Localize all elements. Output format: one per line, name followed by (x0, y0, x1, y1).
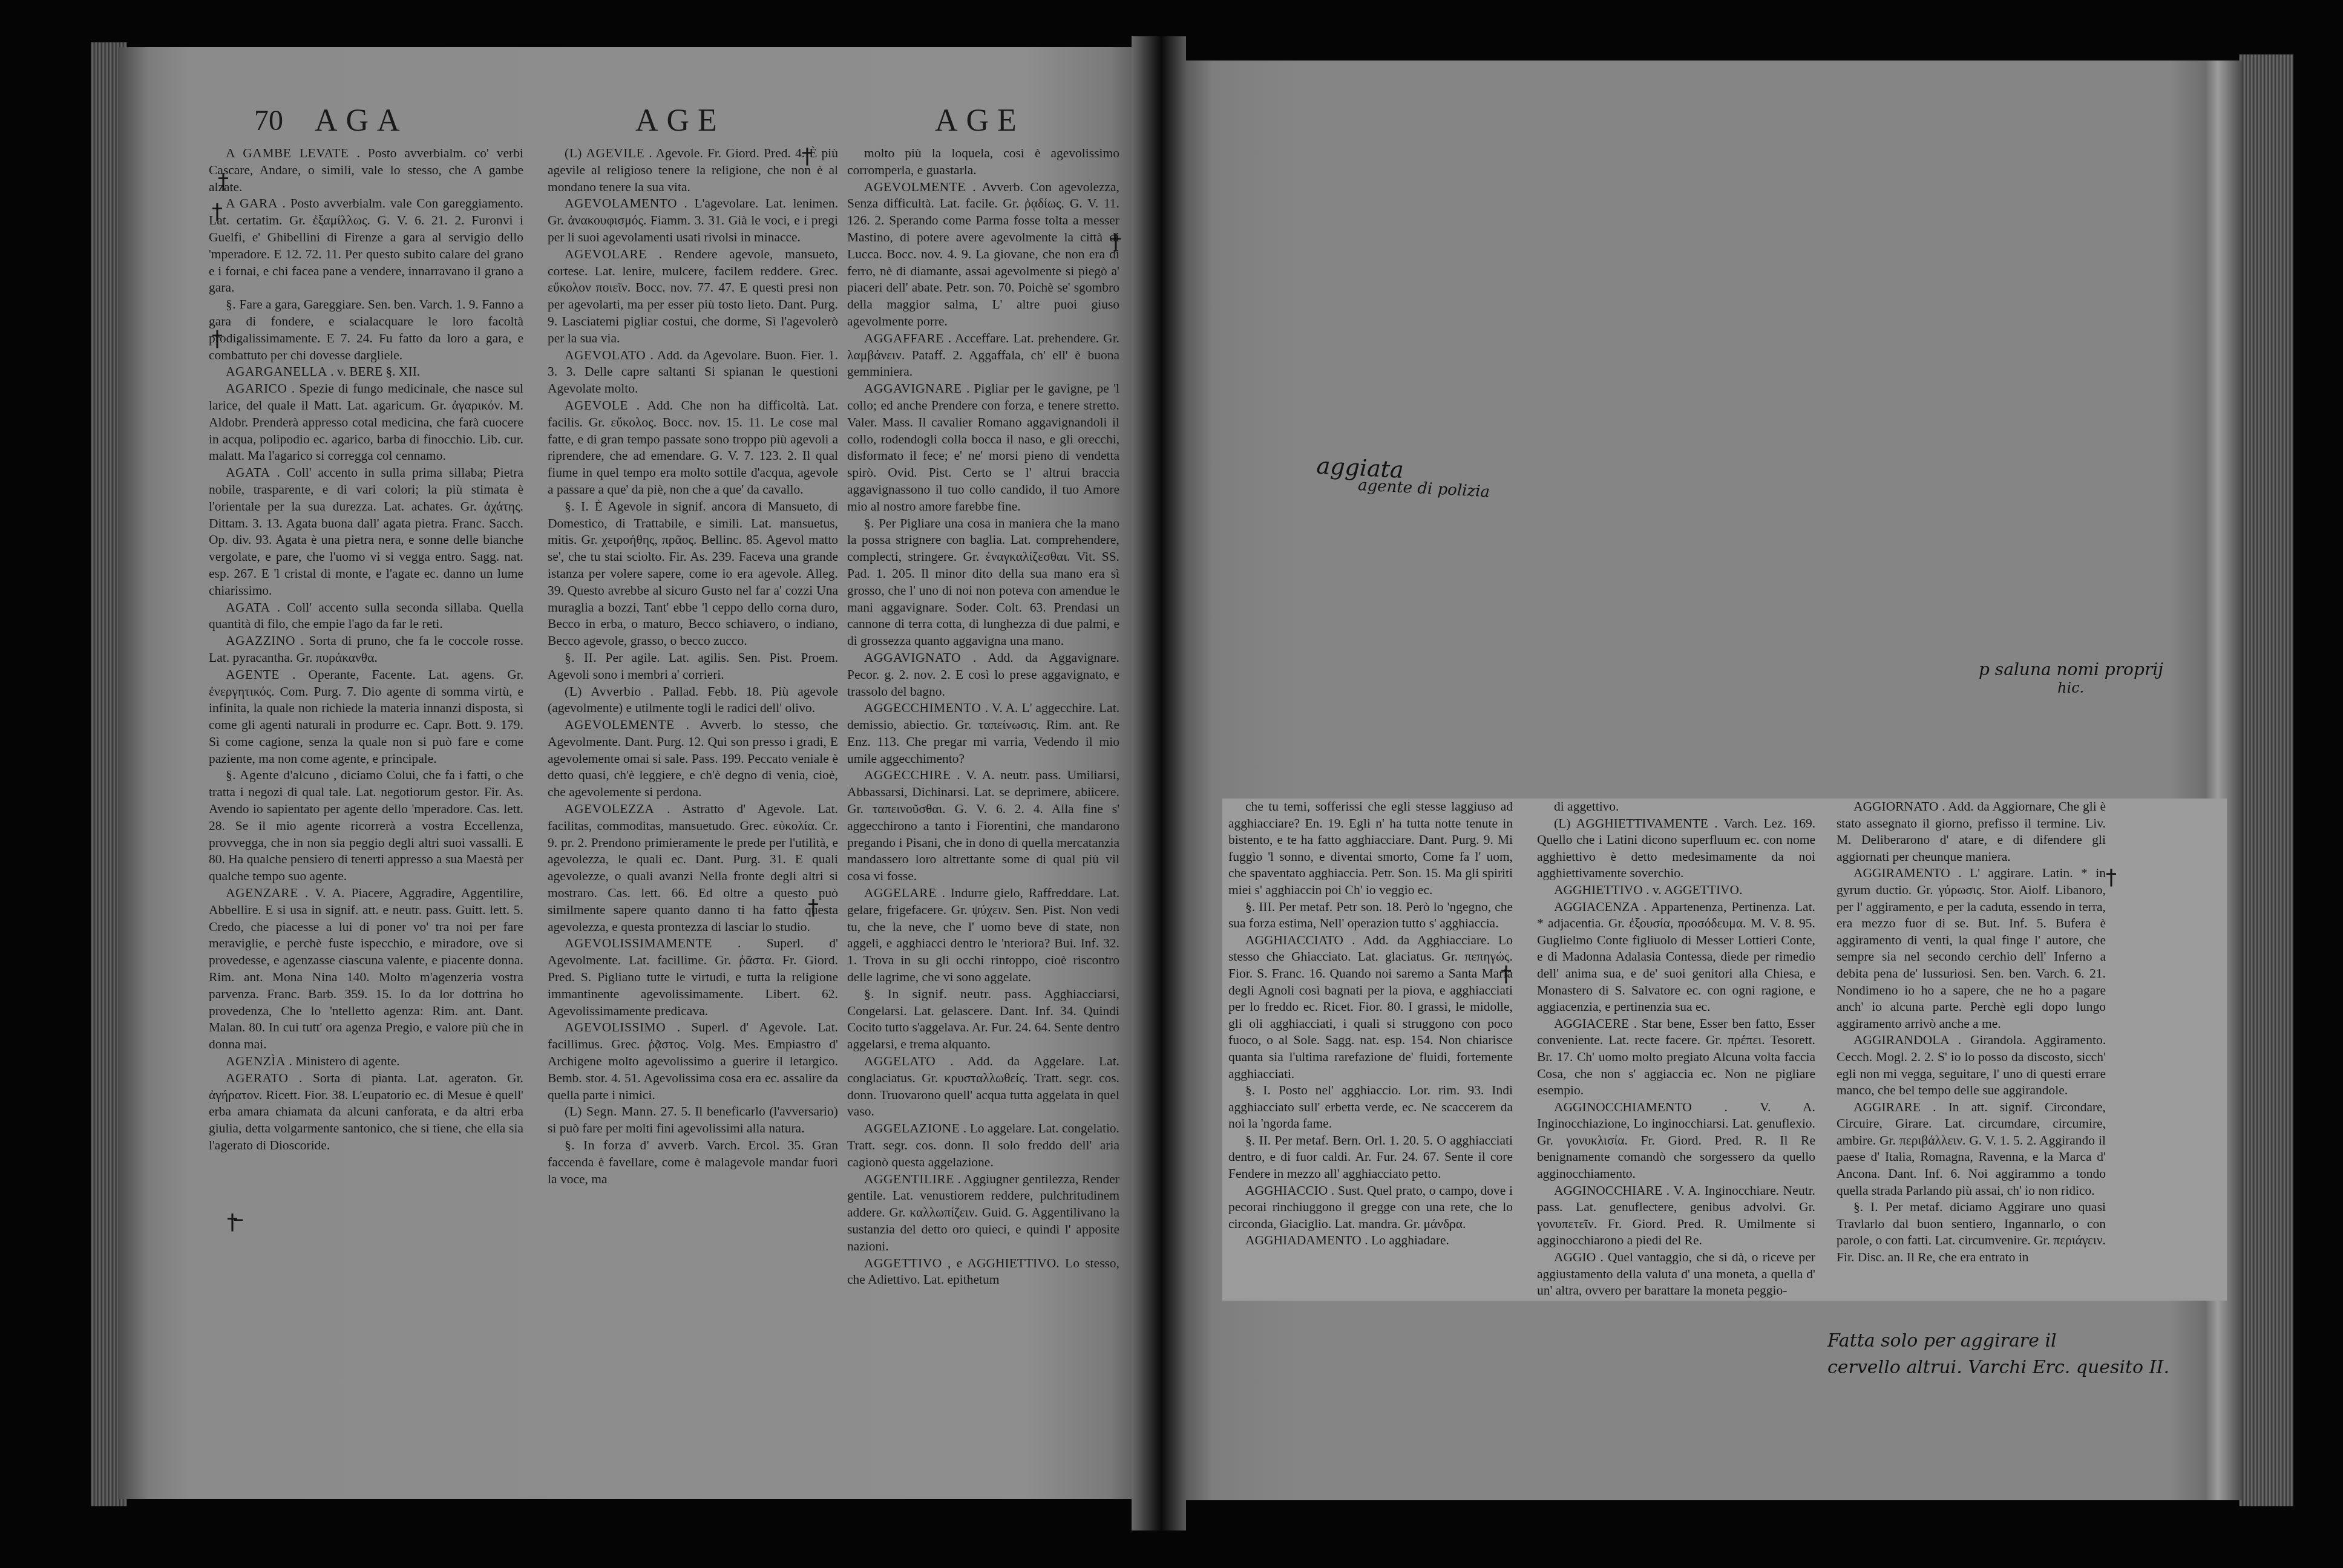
entry-headword: AGENTE (226, 667, 280, 682)
left-column-1: A GAMBE LEVATE . Posto avverbialm. co' v… (209, 145, 523, 1154)
dictionary-entry: molto più la loquela, così è agevolissim… (847, 145, 1119, 179)
margin-cross-mark-icon: † (212, 200, 223, 224)
entry-headword: AGGHIACCIO (1245, 1183, 1328, 1198)
entry-headword: AGGAVIGNARE (864, 381, 962, 396)
running-head-2: AGE (635, 103, 726, 139)
entry-headword: AGATA (226, 465, 270, 480)
entry-headword: AGGAVIGNATO (864, 650, 961, 665)
book-gutter (1132, 36, 1186, 1530)
running-head-3: AGE (935, 103, 1025, 139)
dictionary-entry: (L) Segn. Mann. 27. 5. Il beneficarlo (l… (548, 1103, 838, 1137)
entry-headword: AGEVOLEMENTE (565, 717, 675, 732)
dictionary-entry: AGATA . Coll' accento in sulla prima sil… (209, 465, 523, 599)
dictionary-entry: (L) AGEVILE . Agevole. Fr. Giord. Pred. … (548, 145, 838, 195)
entry-headword: AGGIO (1554, 1250, 1596, 1264)
entry-text: . Appartenenza, Pertinenza. Lat. * adjac… (1537, 900, 1815, 1014)
dictionary-entry: AGARGANELLA . v. BERE §. XII. (209, 364, 523, 381)
entry-text: . Lo agghiadare. (1365, 1233, 1449, 1247)
entry-headword: §. In forza d' avverb. (565, 1138, 698, 1152)
entry-text: . Astratto d' Agevole. Lat. facilitas, c… (548, 802, 838, 934)
entry-headword: AGGELARE (864, 886, 937, 900)
entry-text: . Add. Che non ha difficoltà. Lat. facil… (548, 398, 838, 497)
entry-headword: AGEVOLMENTE (864, 180, 966, 194)
entry-text: . Avverb. Con agevolezza, Senza difficul… (847, 180, 1119, 328)
entry-headword: §. (226, 297, 236, 312)
entry-headword: §. I. (1245, 1083, 1271, 1097)
entry-text: Posto nel' agghiaccio. Lor. rim. 93. Ind… (1228, 1083, 1513, 1131)
entry-text: che tu temi, sofferissi che egli stesse … (1228, 799, 1513, 897)
running-head-1: AGA (315, 103, 408, 139)
dictionary-entry: §. In signif. neutr. pass. Agghiacciarsi… (847, 986, 1119, 1053)
dictionary-entry: AGGINOCCHIAMENTO . V. A. Inginocchiazion… (1537, 1099, 1815, 1183)
slip-column-1: che tu temi, sofferissi che egli stesse … (1228, 799, 1513, 1249)
entry-text: . Coll' accento in sulla prima sillaba; … (209, 465, 523, 598)
entry-headword: A GAMBE LEVATE (226, 146, 349, 160)
entry-text: di aggettivo. (1554, 799, 1619, 814)
note-bottom-line-1: Fatta solo per aggirare il (1827, 1328, 2169, 1354)
margin-cross-mark-icon: † (212, 327, 223, 351)
entry-text: . Indurre gielo, Raffreddare. Lat. gelar… (847, 886, 1119, 984)
dictionary-entry: AGEVOLEMENTE . Avverb. lo stesso, che Ag… (548, 717, 838, 801)
dictionary-entry: §. I. Posto nel' agghiaccio. Lor. rim. 9… (1228, 1082, 1513, 1132)
note-bottom-line-2: cervello altrui. Varchi Erc. quesito II. (1827, 1354, 2169, 1381)
margin-cross-mark-icon: † (808, 895, 819, 920)
entry-text: . Ministero di agente. (289, 1054, 399, 1068)
entry-text: . v. BERE §. XII. (330, 364, 420, 379)
entry-text: . Pigliar per le gavigne, pe 'l collo; e… (847, 381, 1119, 514)
entry-headword: AGGHIADAMENTO (1245, 1233, 1362, 1247)
entry-headword: (L) Avverbio (565, 684, 641, 699)
entry-headword: AGGIACERE (1554, 1016, 1629, 1031)
dictionary-entry: AGGELARE . Indurre gielo, Raffreddare. L… (847, 885, 1119, 986)
left-column-3: molto più la loquela, così è agevolissim… (847, 145, 1119, 1289)
entry-headword: AGGECCHIRE (864, 768, 951, 782)
dictionary-entry: AGGIRARE . In att. signif. Circondare, C… (1837, 1099, 2106, 1200)
dictionary-entry: AGGHIETTIVO . v. AGGETTIVO. (1537, 882, 1815, 899)
dictionary-entry: AGGIACENZA . Appartenenza, Pertinenza. L… (1537, 899, 1815, 1016)
dictionary-entry: AGGENTILIRE . Aggiugner gentilezza, Rend… (847, 1171, 1119, 1255)
entry-headword: AGGINOCCHIAMENTO (1554, 1100, 1692, 1114)
book-spread: 70 AGA AGE AGE A GAMBE LEVATE . Posto av… (0, 0, 2343, 1568)
dictionary-entry: AGENZÌA . Ministero di agente. (209, 1053, 523, 1070)
entry-headword: AGEVOLEZZA (565, 802, 654, 816)
margin-cross-mark-icon: † (1501, 962, 1512, 987)
margin-dash-mark-icon: – (233, 1207, 244, 1232)
dictionary-entry: AGGIO . Quel vantaggio, che si dà, o ric… (1537, 1249, 1815, 1299)
dictionary-entry: AGGECCHIRE . V. A. neutr. pass. Umiliars… (847, 767, 1119, 885)
dictionary-entry: AGGETTIVO , e AGGHIETTIVO. Lo stesso, ch… (847, 1255, 1119, 1289)
entry-headword: §. I. (1853, 1200, 1878, 1214)
entry-text: . V. A. neutr. pass. Umiliarsi, Abbassar… (847, 768, 1119, 883)
dictionary-entry: AGGHIADAMENTO . Lo agghiadare. (1228, 1232, 1513, 1249)
dictionary-entry: A GAMBE LEVATE . Posto avverbialm. co' v… (209, 145, 523, 195)
dictionary-entry: AGGAFFARE . Acceffare. Lat. prehendere. … (847, 330, 1119, 381)
entry-headword: AGENZARE (226, 886, 298, 900)
entry-headword: AGGIRAMENTO (1853, 866, 1950, 880)
dictionary-entry: AGGECCHIMENTO . V. A. L' aggecchire. Lat… (847, 700, 1119, 767)
dictionary-entry: AGENTE . Operante, Facente. Lat. agens. … (209, 667, 523, 768)
dictionary-entry: AGENZARE . V. A. Piacere, Aggradire, Agg… (209, 885, 523, 1053)
dictionary-entry: AGERATO . Sorta di pianta. Lat. ageraton… (209, 1070, 523, 1154)
entry-headword: AGGINOCCHIARE (1554, 1183, 1662, 1198)
dictionary-entry: §. In forza d' avverb. Varch. Ercol. 35.… (548, 1137, 838, 1187)
entry-headword: AGEVOLATO (565, 348, 646, 362)
entry-headword: AGGHIETTIVO (1554, 883, 1643, 897)
entry-headword: AGARGANELLA (226, 364, 327, 379)
entry-headword: AGATA (226, 600, 270, 615)
dictionary-entry: AGEVOLMENTE . Avverb. Con agevolezza, Se… (847, 179, 1119, 330)
dictionary-entry: §. Per Pigliare una cosa in maniera che … (847, 515, 1119, 650)
dictionary-entry: (L) AGGHIETTIVAMENTE . Varch. Lez. 169. … (1537, 815, 1815, 882)
entry-headword: AGGAFFARE (864, 331, 944, 345)
handwritten-note-bottom: Fatta solo per aggirare il cervello altr… (1827, 1328, 2169, 1381)
entry-headword: §. Agente d'alcuno (226, 768, 329, 782)
dictionary-entry: AGEVOLAMENTO . L'agevolare. Lat. lenimen… (548, 195, 838, 246)
entry-headword: §. II. (1245, 1133, 1271, 1148)
entry-headword: (L) AGGHIETTIVAMENTE (1554, 816, 1708, 831)
entry-text: . V. A. Piacere, Aggradire, Aggentilire,… (209, 886, 523, 1051)
dictionary-entry: §. II. Per agile. Lat. agilis. Sen. Pist… (548, 650, 838, 684)
dictionary-entry: AGEVOLISSIMO . Superl. d' Agevole. Lat. … (548, 1019, 838, 1103)
entry-text: molto più la loquela, così è agevolissim… (847, 146, 1119, 177)
entry-headword: AGGELAZIONE (864, 1121, 960, 1135)
dictionary-entry: AGGHIACCIO . Sust. Quel prato, o campo, … (1228, 1183, 1513, 1233)
entry-text: . L' aggirare. Latin. * in gyrum ductio.… (1837, 866, 2106, 1030)
note-mid-line-1: p saluna nomi proprij (1979, 659, 2163, 679)
dictionary-entry: AGATA . Coll' accento sulla seconda sill… (209, 599, 523, 633)
entry-text: . v. AGGETTIVO. (1646, 883, 1742, 897)
dictionary-entry: §. I. È Agevole in signif. ancora di Man… (548, 498, 838, 650)
entry-headword: §. II. (565, 650, 597, 665)
dictionary-entry: AGGIACERE . Star bene, Esser ben fatto, … (1537, 1016, 1815, 1099)
margin-cross-mark-icon: † (218, 169, 229, 194)
dictionary-entry: §. II. Per metaf. Bern. Orl. 1. 20. 5. O… (1228, 1132, 1513, 1183)
entry-headword: AGEVOLE (565, 398, 628, 413)
dictionary-entry: AGGIRANDOLA . Girandola. Aggiramento. Ce… (1837, 1032, 2106, 1099)
entry-headword: AGGIRANDOLA (1853, 1033, 1949, 1047)
entry-text: . Posto avverbialm. vale Con gareggiamen… (209, 196, 523, 295)
entry-headword: §. In signif. neutr. pass. (864, 987, 1032, 1001)
dictionary-entry: AGGIORNATO . Add. da Aggiornare, Che gli… (1837, 799, 2106, 865)
right-fore-edge (2239, 54, 2293, 1506)
dictionary-entry: (L) Avverbio . Pallad. Febb. 18. Più age… (548, 684, 838, 717)
dictionary-entry: AGEVOLISSIMAMENTE . Superl. d' Agevolmen… (548, 935, 838, 1019)
entry-headword: §. (864, 516, 874, 531)
dictionary-entry: AGAZZINO . Sorta di pruno, che fa le coc… (209, 633, 523, 667)
dictionary-entry: di aggettivo. (1537, 799, 1815, 815)
entry-headword: (L) AGEVILE (565, 146, 644, 160)
entry-headword: AGGIACENZA (1554, 900, 1639, 914)
dictionary-entry: AGGHIACCIATO . Add. da Agghiacciare. Lo … (1228, 932, 1513, 1082)
dictionary-entry: AGGELAZIONE . Lo aggelare. Lat. congelat… (847, 1120, 1119, 1171)
entry-text: È Agevole in signif. ancora di Mansueto,… (548, 499, 838, 648)
page-number: 70 (254, 104, 283, 137)
entry-text: . Rendere agevole, mansueto, cortese. La… (548, 247, 838, 345)
entry-headword: AGGIORNATO (1853, 799, 1939, 814)
entry-headword: (L) Segn. Mann. (565, 1104, 657, 1119)
dictionary-entry: AGARICO . Spezie di fungo medicinale, ch… (209, 381, 523, 465)
entry-headword: AGGENTILIRE (864, 1172, 954, 1186)
entry-headword: AGEVOLAMENTO (565, 196, 677, 211)
entry-headword: §. III. (1245, 900, 1275, 914)
entry-headword: §. I. (565, 499, 589, 514)
entry-headword: AGGHIACCIATO (1245, 933, 1343, 947)
dictionary-entry: AGGIRAMENTO . L' aggirare. Latin. * in g… (1837, 865, 2106, 1032)
dictionary-entry: AGGELATO . Add. da Aggelare. Lat. congla… (847, 1053, 1119, 1120)
entry-headword: AGGETTIVO (864, 1256, 942, 1270)
entry-headword: AGGIRARE (1853, 1100, 1921, 1114)
entry-headword: AGEVOLISSIMAMENTE (565, 936, 712, 950)
dictionary-entry: §. Fare a gara, Gareggiare. Sen. ben. Va… (209, 296, 523, 364)
entry-text: . Add. da Agghiacciare. Lo stesso che Gh… (1228, 933, 1513, 1081)
entry-headword: AGAZZINO (226, 633, 295, 648)
dictionary-entry: che tu temi, sofferissi che egli stesse … (1228, 799, 1513, 899)
entry-text: Per metaf. Bern. Orl. 1. 20. 5. O agghia… (1228, 1133, 1513, 1181)
entry-headword: AGEVOLISSIMO (565, 1020, 666, 1034)
margin-cross-mark-icon: † (802, 144, 813, 169)
margin-cross-mark-icon: † (1110, 230, 1121, 255)
entry-headword: AGERATO (226, 1071, 288, 1085)
dictionary-entry: AGGINOCCHIARE . V. A. Inginocchiare. Neu… (1537, 1183, 1815, 1249)
note-mid-line-2: hic. (2057, 679, 2163, 696)
entry-text: . Operante, Facente. Lat. agens. Gr. ἐνε… (209, 667, 523, 766)
handwritten-note-middle: p saluna nomi proprij hic. (1979, 659, 2163, 696)
dictionary-entry: §. III. Per metaf. Petr son. 18. Però lo… (1228, 899, 1513, 932)
entry-headword: A GARA (226, 196, 278, 211)
dictionary-entry: §. Agente d'alcuno , diciamo Colui, che … (209, 767, 523, 885)
margin-cross-mark-icon: † (2106, 865, 2117, 890)
dictionary-entry: AGEVOLATO . Add. da Agevolare. Buon. Fie… (548, 347, 838, 397)
dictionary-entry: AGEVOLARE . Rendere agevole, mansueto, c… (548, 246, 838, 347)
entry-headword: AGEVOLARE (565, 247, 647, 261)
dictionary-entry: AGGAVIGNATO . Add. da Aggavignare. Pecor… (847, 650, 1119, 700)
entry-headword: AGGELATO (864, 1054, 936, 1068)
entry-text: , diciamo Colui, che fa i fatti, o che t… (209, 768, 523, 883)
slip-column-3: AGGIORNATO . Add. da Aggiornare, Che gli… (1837, 799, 2106, 1266)
left-column-2: (L) AGEVILE . Agevole. Fr. Giord. Pred. … (548, 145, 838, 1187)
dictionary-entry: AGGAVIGNARE . Pigliar per le gavigne, pe… (847, 381, 1119, 515)
entry-headword: AGENZÌA (226, 1054, 286, 1068)
entry-text: Fare a gara, Gareggiare. Sen. ben. Varch… (209, 297, 523, 362)
dictionary-entry: §. I. Per metaf. diciamo Aggirare uno qu… (1837, 1199, 2106, 1266)
slip-column-2: di aggettivo.(L) AGGHIETTIVAMENTE . Varc… (1537, 799, 1815, 1299)
dictionary-entry: A GARA . Posto avverbialm. vale Con gare… (209, 195, 523, 296)
entry-text: Per Pigliare una cosa in maniera che la … (847, 516, 1119, 648)
entry-headword: AGGECCHIMENTO (864, 701, 981, 715)
dictionary-entry: AGEVOLEZZA . Astratto d' Agevole. Lat. f… (548, 801, 838, 935)
pasted-slip: che tu temi, sofferissi che egli stesse … (1222, 799, 2227, 1301)
entry-headword: AGARICO (226, 381, 287, 396)
dictionary-entry: AGEVOLE . Add. Che non ha difficoltà. La… (548, 397, 838, 498)
